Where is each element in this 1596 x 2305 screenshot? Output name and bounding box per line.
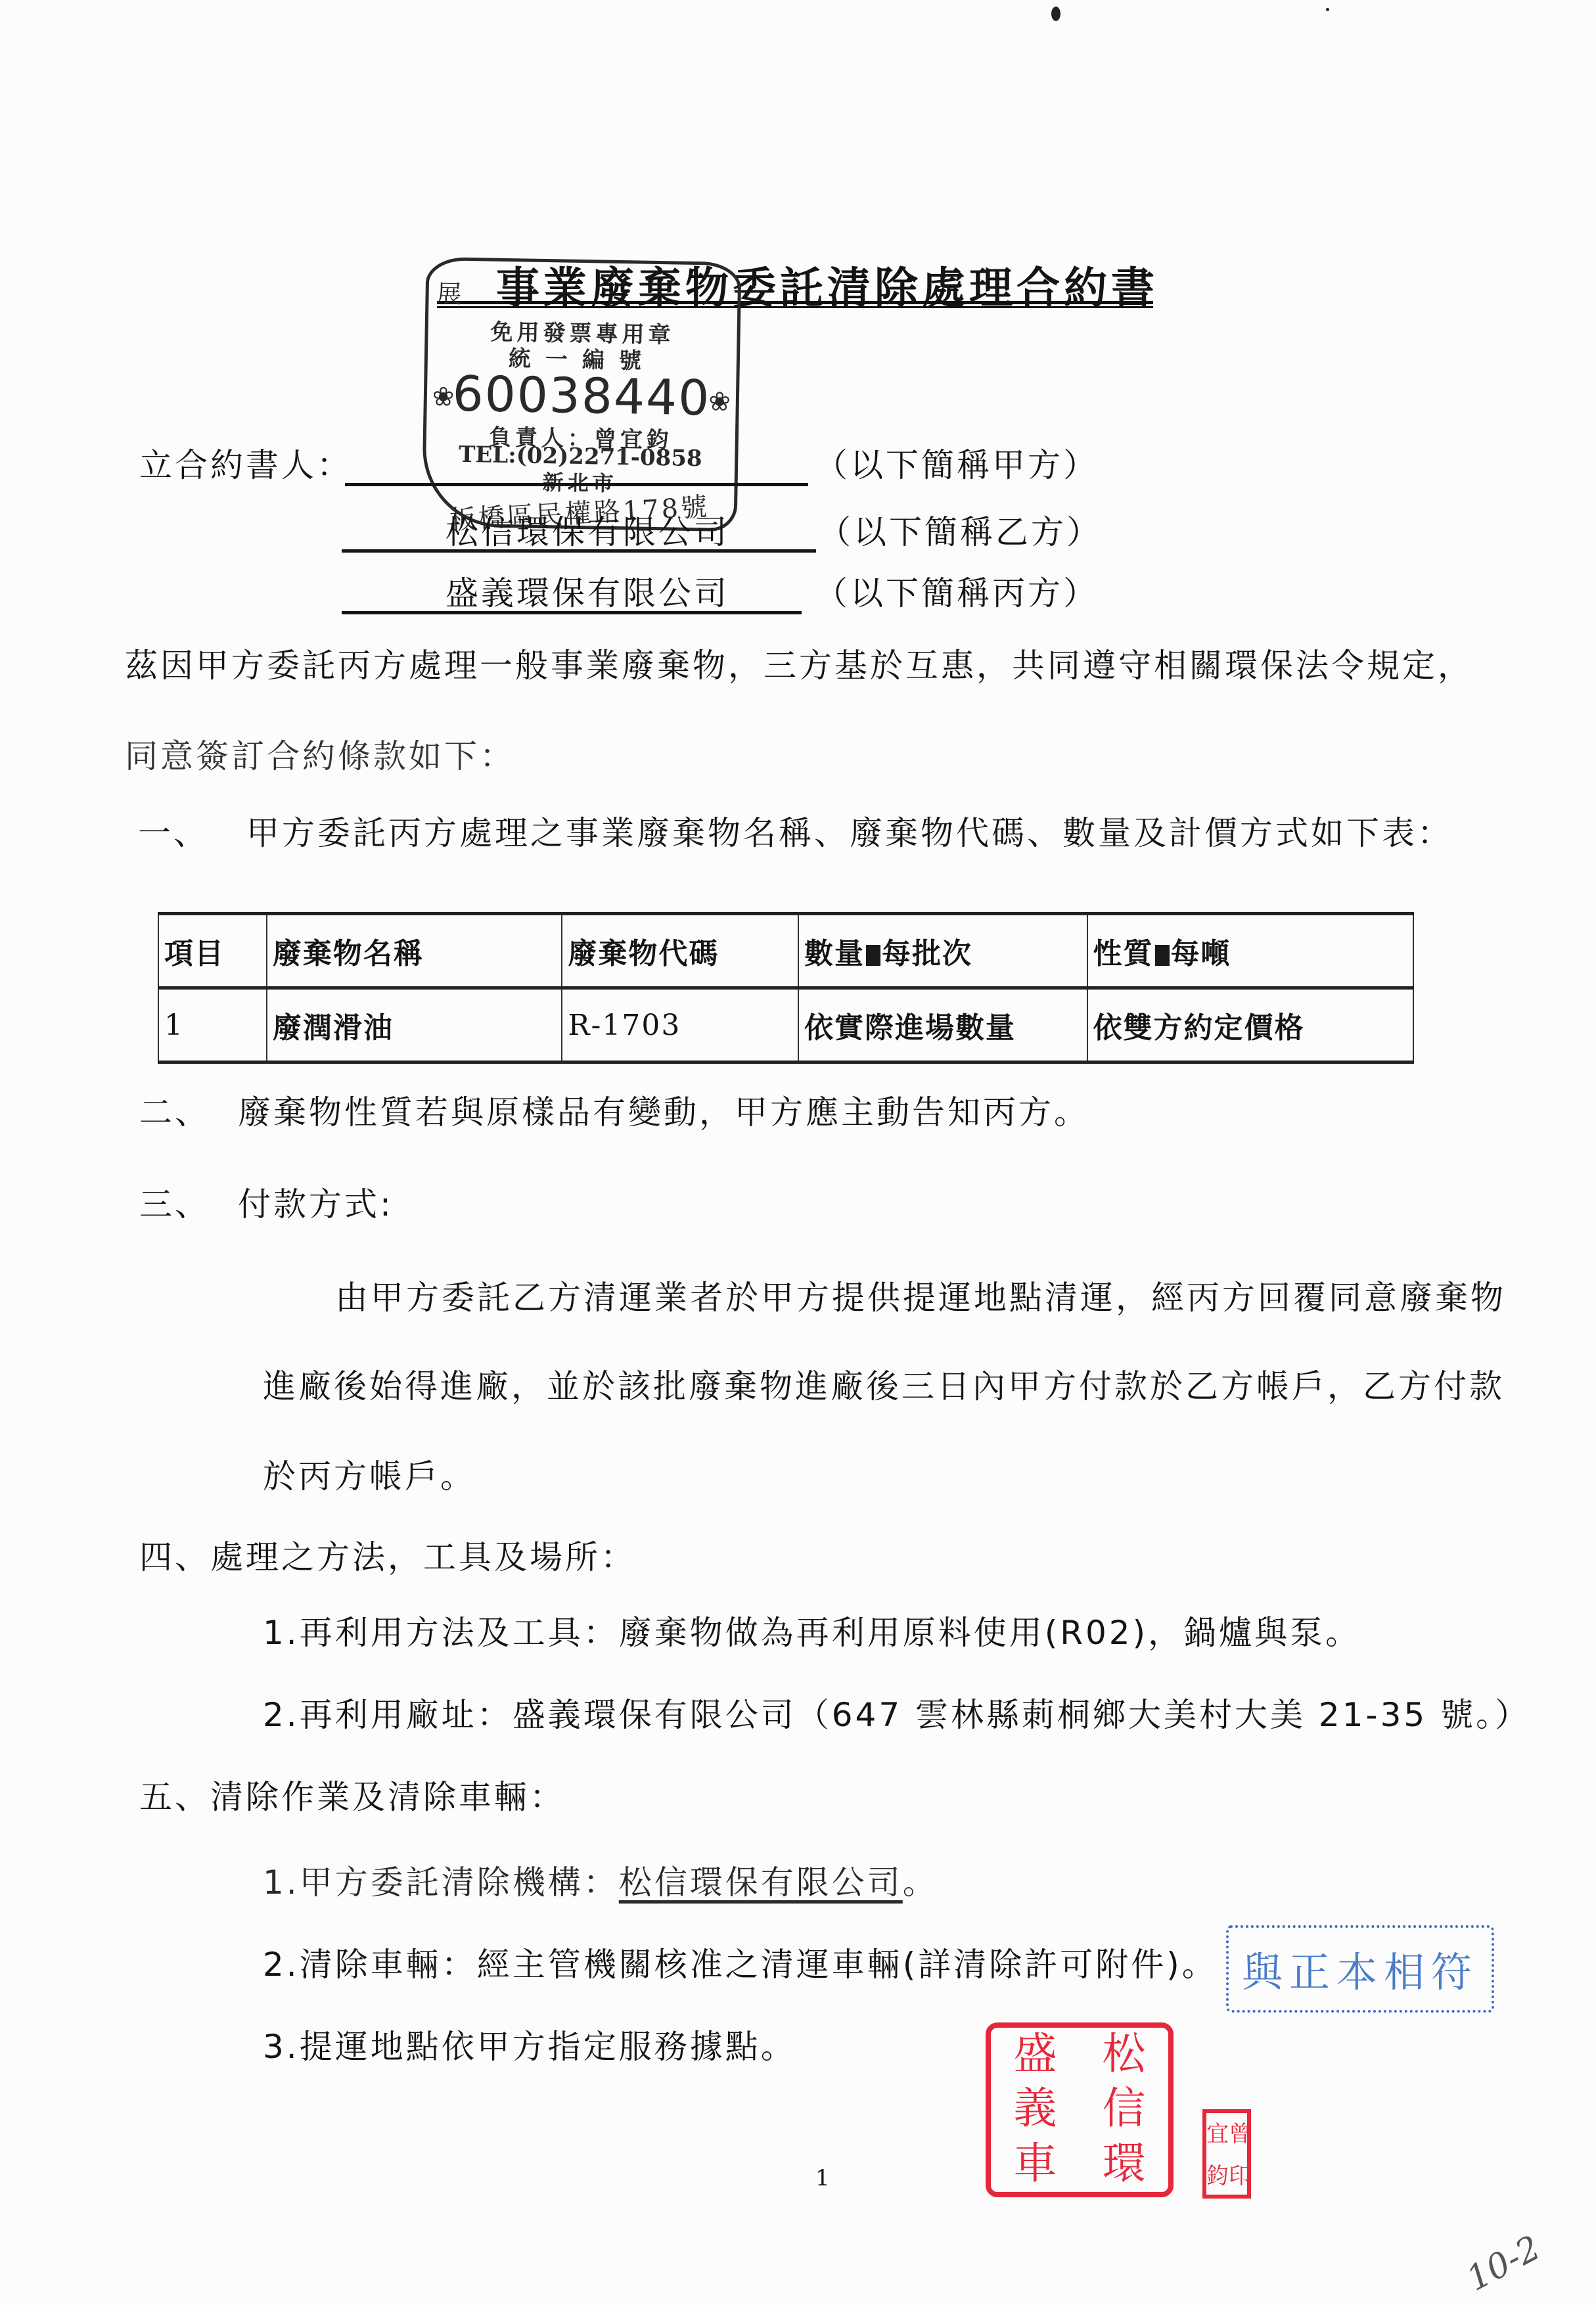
scan-speck [1051,7,1060,21]
seal-char: 鈞 [1206,2155,1229,2197]
section-2-number: 二、 [139,1096,210,1129]
seal-char: 義 [991,2082,1080,2137]
section-4-item-1: 1.再利用方法及工具：廢棄物做為再利用原料使用(R02)，鍋爐與泵。 [263,1616,1361,1649]
waste-table: 項目 廢棄物名稱 廢棄物代碼 數量每批次 性質每噸 1 廢潤滑油 R-1703 … [158,912,1414,1064]
header-nature-b: 每噸 [1171,937,1231,970]
handwritten-note: 10-2 [1461,2228,1547,2299]
party-c-name: 盛義環保有限公司 [445,577,729,610]
party-b-name: 松信環保有限公司 [445,516,729,549]
party-c-alias: （以下簡稱丙方） [815,577,1099,610]
section-3-para-line-2: 進廠後始得進廠，並於該批廢棄物進廠後三日內甲方付款於乙方帳戶，乙方付款 [263,1370,1505,1403]
header-quantity: 數量每批次 [798,914,1087,988]
redaction-mark [1155,945,1170,966]
header-quantity-b: 每批次 [882,937,972,970]
header-waste-name: 廢棄物名稱 [267,914,562,988]
section-1-text: 甲方委託丙方處理之事業廢棄物名稱、廢棄物代碼、數量及計價方式如下表： [246,817,1453,850]
section-3-para-line-1: 由甲方委託乙方清運業者於甲方提供提運地點清運，經丙方回覆同意廢棄物 [335,1281,1506,1314]
seal-char: 宜 [1206,2113,1229,2155]
page-number: 1 [815,2165,830,2191]
seal-char: 盛 [991,2028,1080,2082]
preamble-line-2: 同意簽訂合約條款如下： [125,740,515,773]
section-5-heading: 五、清除作業及清除車輛： [139,1781,565,1814]
section-5-item-1-company: 松信環保有限公司 [619,1863,903,1902]
section-2-text: 廢棄物性質若與原樣品有變動，甲方應主動告知丙方。 [238,1096,1089,1129]
seal-char: 松 [1080,2028,1168,2082]
section-1-number: 一、 [138,817,209,850]
table-row: 1 廢潤滑油 R-1703 依實際進場數量 依雙方約定價格 [158,988,1413,1062]
section-5-item-3: 3.提運地點依甲方指定服務據點。 [263,2030,796,2063]
section-3-number: 三、 [139,1188,210,1221]
cell-waste-code: R-1703 [562,988,798,1062]
seal-char: 印 [1229,2155,1251,2197]
plum-flower-icon: ❀ [708,386,731,417]
company-stamp: 展 免用發票專用章 統一編號 ❀ 60038440 ❀ 負責人：曾宜鈞 TEL:… [421,257,741,532]
parties-label: 立合約書人： [139,449,352,482]
section-5-item-1: 1.甲方委託清除機構：松信環保有限公司。 [263,1866,938,1899]
party-a-name-line [345,483,808,486]
section-5-item-2: 2.清除車輛：經主管機關核准之清運車輛(詳清除許可附件)。 [263,1948,1218,1981]
party-a-alias: （以下簡稱甲方） [815,449,1099,482]
section-3-heading: 付款方式: [238,1188,394,1221]
table-header-row: 項目 廢棄物名稱 廢棄物代碼 數量每批次 性質每噸 [158,914,1413,988]
section-5-item-1-suffix: 。 [903,1863,938,1902]
seal-char: 車 [991,2137,1080,2192]
cell-quantity: 依實際進場數量 [798,988,1087,1062]
stamp-corner-char: 展 [436,273,462,310]
certified-copy-seal: 與正本相符 [1226,1925,1494,2013]
header-nature: 性質每噸 [1087,914,1413,988]
seal-char: 曾 [1229,2113,1251,2155]
header-item: 項目 [158,914,267,988]
cell-price: 依雙方約定價格 [1087,988,1413,1062]
stamp-tax-id: 60038440 [426,365,736,427]
personal-red-seal: 宜 曾 鈞 印 [1202,2109,1251,2199]
cell-item: 1 [158,988,267,1062]
section-5-item-1-prefix: 1.甲方委託清除機構： [263,1863,619,1902]
party-c-name-line [342,611,802,614]
party-b-name-line [342,549,816,553]
company-red-seal: 盛 松 義 信 車 環 [986,2022,1174,2197]
seal-char: 環 [1080,2137,1168,2192]
header-quantity-a: 數量 [804,937,865,970]
header-nature-a: 性質 [1093,937,1154,970]
cell-waste-name: 廢潤滑油 [267,988,562,1062]
header-waste-code: 廢棄物代碼 [562,914,798,988]
section-3-para-line-3: 於丙方帳戶。 [263,1460,476,1493]
redaction-mark [866,945,880,966]
party-b-alias: （以下簡稱乙方） [818,516,1102,549]
preamble-line-1: 茲因甲方委託丙方處理一般事業廢棄物，三方基於互惠，共同遵守相關環保法令規定， [125,649,1473,682]
scan-speck [1326,8,1329,11]
seal-char: 信 [1080,2082,1168,2137]
section-4-item-2: 2.再利用廠址：盛義環保有限公司（647 雲林縣莿桐鄉大美村大美 21-35 號… [263,1699,1530,1731]
section-4-heading: 四、處理之方法，工具及場所： [139,1541,636,1574]
